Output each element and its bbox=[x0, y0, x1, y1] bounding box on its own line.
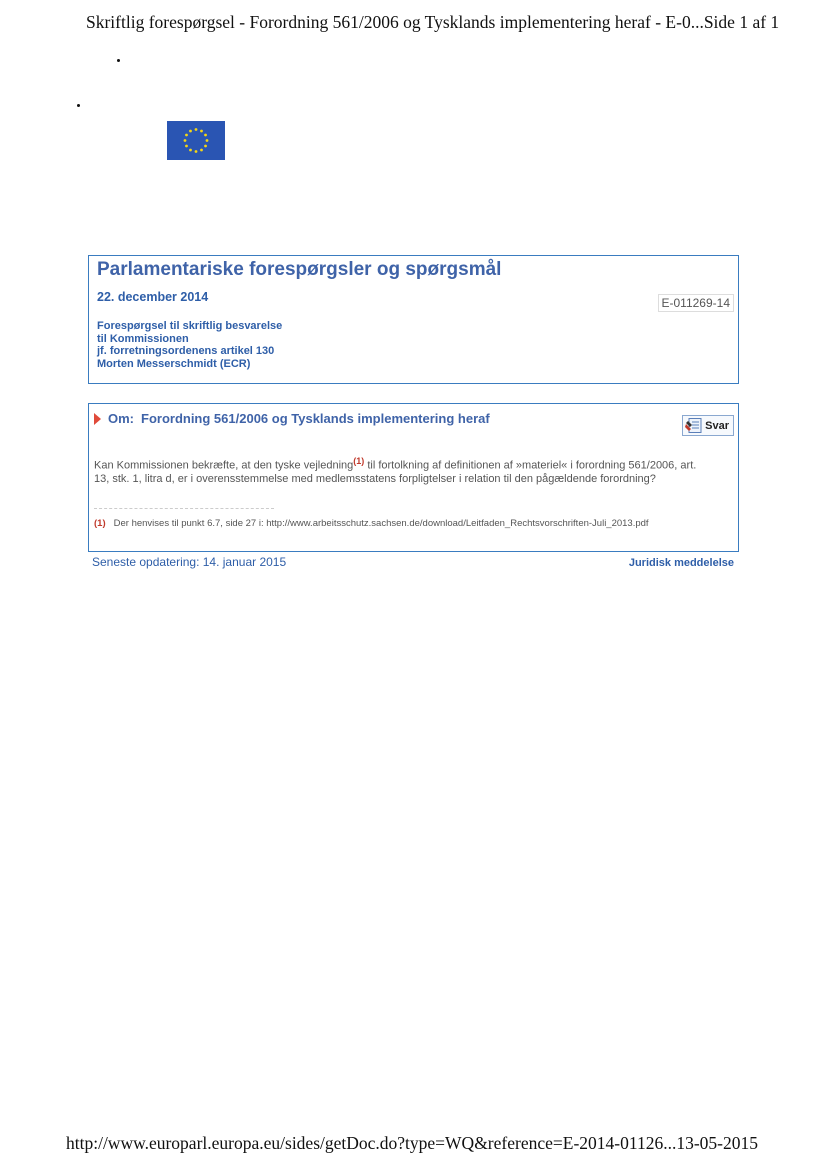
legal-notice-link[interactable]: Juridisk meddelelse bbox=[629, 557, 734, 569]
meta-line: til Kommissionen bbox=[97, 333, 282, 346]
author: Morten Messerschmidt (ECR) bbox=[97, 358, 282, 371]
answer-button-label: Svar bbox=[705, 420, 729, 432]
meta-line: jf. forretningsordenens artikel 130 bbox=[97, 345, 282, 358]
triangle-right-icon bbox=[94, 413, 101, 425]
reference-number: E-011269-14 bbox=[658, 294, 735, 312]
scan-speck bbox=[117, 59, 120, 62]
footnote-text: Der henvises til punkt 6.7, side 27 i: h… bbox=[114, 518, 649, 529]
footnote: (1)Der henvises til punkt 6.7, side 27 i… bbox=[94, 518, 649, 529]
question-date: 22. december 2014 bbox=[97, 290, 208, 304]
eu-flag-icon bbox=[167, 121, 225, 160]
page-title: Parlamentariske forespørgsler og spørgsm… bbox=[97, 259, 501, 281]
footnote-divider bbox=[94, 508, 274, 509]
answer-button[interactable]: Svar bbox=[682, 415, 734, 436]
question-meta: Forespørgsel til skriftlig besvarelse ti… bbox=[97, 320, 282, 370]
footnote-ref[interactable]: (1) bbox=[353, 456, 364, 466]
question-text: Kan Kommissionen bekræfte, at den tyske … bbox=[94, 455, 714, 486]
document-reply-icon bbox=[685, 418, 702, 433]
print-header-page: Side 1 af 1 bbox=[704, 12, 779, 33]
header-box: Parlamentariske forespørgsler og spørgsm… bbox=[88, 255, 739, 384]
print-header-title: Skriftlig forespørgsel - Forordning 561/… bbox=[86, 12, 704, 33]
subject-text: Forordning 561/2006 og Tysklands impleme… bbox=[141, 411, 490, 426]
meta-line: Forespørgsel til skriftlig besvarelse bbox=[97, 320, 282, 333]
subject-prefix: Om: bbox=[108, 411, 134, 426]
print-header: Skriftlig forespørgsel - Forordning 561/… bbox=[86, 12, 756, 33]
last-updated: Seneste opdatering: 14. januar 2015 bbox=[92, 555, 286, 569]
footnote-number: (1) bbox=[94, 518, 106, 529]
print-footer-date: 13-05-2015 bbox=[676, 1133, 758, 1154]
question-box: Om: Forordning 561/2006 og Tysklands imp… bbox=[88, 403, 739, 552]
print-footer-url: http://www.europarl.europa.eu/sides/getD… bbox=[66, 1133, 676, 1154]
question-text-part: Kan Kommissionen bekræfte, at den tyske … bbox=[94, 460, 353, 472]
scan-speck bbox=[77, 104, 80, 107]
print-footer: http://www.europarl.europa.eu/sides/getD… bbox=[66, 1133, 746, 1154]
subject-heading: Om: Forordning 561/2006 og Tysklands imp… bbox=[94, 411, 490, 426]
